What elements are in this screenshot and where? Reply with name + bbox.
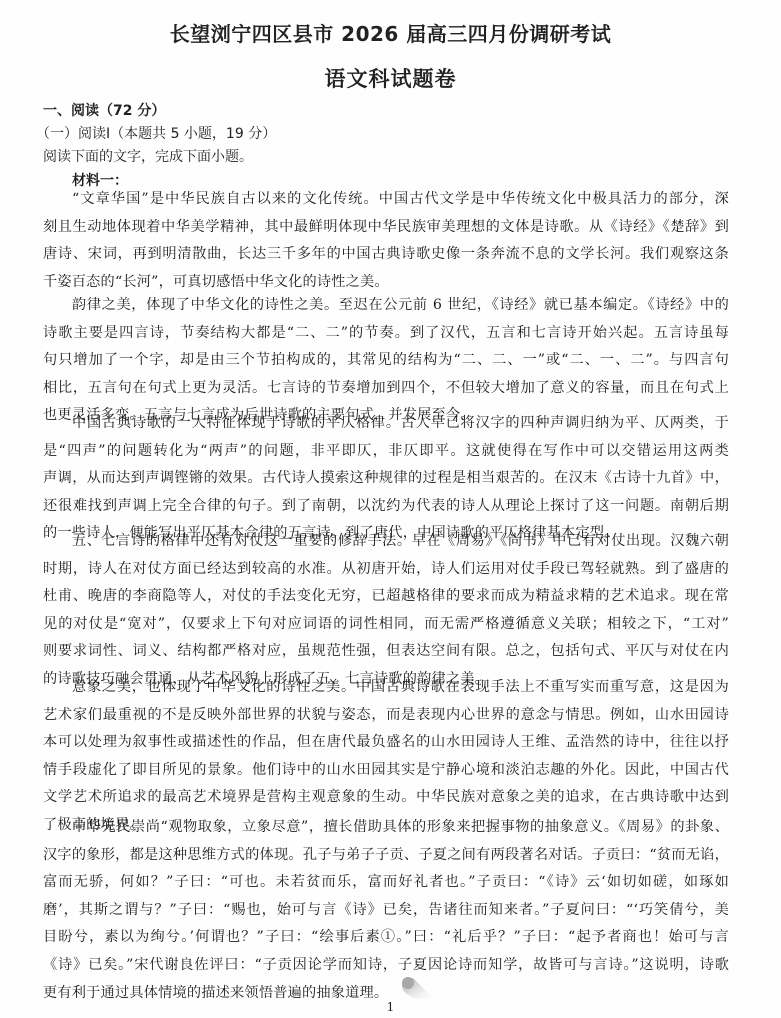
text-line: 中国古典诗歌的一大特征体现于诗歌的平仄格律。古人早已将汉字的四种声调归纳为平、仄… [43,410,729,438]
text-line: 是“四声”的问题转化为“两声”的问题，非平即仄，非仄即平。这就使得在写作中可以交… [43,438,729,466]
paragraph-4: 五、七言诗的格律中还有对仗这一重要的修辞手法。早在《周易》《尚书》中已有对仗出现… [43,528,729,694]
text-line: 目盼兮，素以为绚兮。’何谓也？”子曰：“绘事后素①。”曰：“礼后乎？”子曰：“起… [43,924,729,952]
text-line: 富而无骄，何如？”子曰：“可也。未若贫而乐，富而好礼者也。”子贡曰：“《诗》云‘… [43,869,729,897]
page-number: 1 [0,1000,781,1014]
text-line: 还很难找到声调上完全合律的句子。到了南朝，以沈约为代表的诗人从理论上探讨了这一问… [43,493,729,521]
text-line: 句只增加了一个字，却是由三个节拍构成的，其常见的结构为“二、二、一”或“二、一、… [43,347,729,375]
text-line: 杜甫、晚唐的李商隐等人，对仗的手法变化无穷，已超越格律的要求而成为精益求精的艺术… [43,583,729,611]
text-line: 文学艺术所追求的最高艺术境界是营构主观意象的生动。中华民族对意象之美的追求，在古… [43,784,729,812]
exam-subtitle: 语文科试题卷 [0,63,781,93]
text-line: 艺术家们最重视的不是反映外部世界的状貌与姿态，而是表现内心世界的意念与情思。例如… [43,702,729,730]
text-line: 意象之美，也体现了中华文化的诗性之美。中国古典诗歌在表现手法上不重写实而重写意，… [43,674,729,702]
text-line: 见的对仗是“宽对”，仅要求上下句对应词语的词性相同，而无需严格遵循意义关联；相较… [43,611,729,639]
text-line: 相比，五言句在句式上更为灵活。七言诗的节奏增加到四个，不但较大增加了意义的容量，… [43,375,729,403]
exam-title: 长望浏宁四区县市 2026 届高三四月份调研考试 [0,18,781,47]
text-line: 韵律之美，体现了中华文化的诗性之美。至迟在公元前 6 世纪，《诗经》就已基本编定… [43,292,729,320]
text-line: 时期，诗人在对仗方面已经达到较高的水准。从初唐开始，诗人们运用对仗手段已驾轻就熟… [43,556,729,584]
instruction-text: 阅读下面的文字，完成下面小题。 [43,147,253,167]
text-line: 磨’，其斯之谓与？”子曰：“赐也，始可与言《诗》已矣，告诸往而知来者。”子夏问曰… [43,897,729,925]
text-line: “文章华国”是中华民族自古以来的文化传统。中国古代文学是中华传统文化中极具活力的… [43,186,729,214]
paragraph-1: “文章华国”是中华民族自古以来的文化传统。中国古代文学是中华传统文化中极具活力的… [43,186,729,296]
text-line: 声调，从而达到声调铿锵的效果。古代诗人摸索这种规律的过程是相当艰苦的。在汉末《古… [43,465,729,493]
subsection-heading: （一）阅读Ⅰ（本题共 5 小题，19 分） [36,124,276,144]
paragraph-6: 中华先民崇尚“观物取象，立象尽意”，擅长借助具体的形象来把握事物的抽象意义。《周… [43,814,729,1007]
watermark-icon [398,971,438,1001]
text-line: 《诗》已矣。”宋代谢良佐评曰：“子贡因论学而知诗，子夏因论诗而知学，故皆可与言诗… [43,952,729,980]
exam-page: 长望浏宁四区县市 2026 届高三四月份调研考试 语文科试题卷 一、阅读（72 … [0,0,781,1018]
text-line: 唐诗、宋词，再到明清散曲，长达三千多年的中国古典诗歌史像一条奔流不息的文学长河。… [43,241,729,269]
text-line: 情手段虚化了即目所见的景象。他们诗中的山水田园其实是宁静心境和淡泊志趣的外化。因… [43,757,729,785]
text-line: 五、七言诗的格律中还有对仗这一重要的修辞手法。早在《周易》《尚书》中已有对仗出现… [43,528,729,556]
text-line: 诗歌主要是四言诗，节奏结构大都是“二、二”的节奏。到了汉代，五言和七言诗开始兴起… [43,320,729,348]
text-line: 中华先民崇尚“观物取象，立象尽意”，擅长借助具体的形象来把握事物的抽象意义。《周… [43,814,729,842]
text-line: 则要求词性、词义、结构都严格对应，虽规范性强，但表达空间有限。总之，包括句式、平… [43,638,729,666]
section-heading: 一、阅读（72 分） [43,101,165,121]
text-line: 汉字的象形，都是这种思维方式的体现。孔子与弟子子贡、子夏之间有两段著名对话。子贡… [43,842,729,870]
text-line: 本可以处理为叙事性或描述性的作品，但在唐代最负盛名的山水田园诗人王维、孟浩然的诗… [43,729,729,757]
text-line: 刻且生动地体现着中华美学精神，其中最鲜明体现中华民族审美理想的文体是诗歌。从《诗… [43,214,729,242]
